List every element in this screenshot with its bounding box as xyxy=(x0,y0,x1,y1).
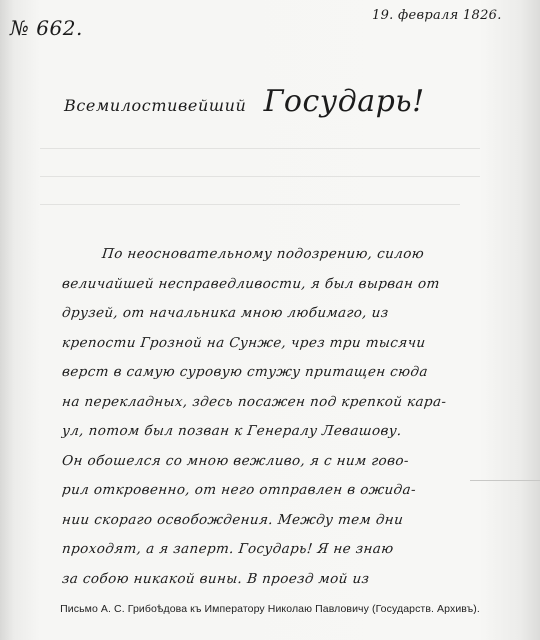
letter-line: величайшей несправедливости, я был вырва… xyxy=(60,270,533,300)
salutation-address: Государь! xyxy=(264,84,425,119)
scanned-letter-page: № 662. 19. февраля 1826. Всемилостивейши… xyxy=(0,0,540,640)
letter-line: рил откровенно, от него отправлен в ожид… xyxy=(60,476,533,506)
salutation-prefix: Всемилостивейший xyxy=(64,96,246,115)
bleed-through-line xyxy=(40,176,480,177)
letter-line: за собою никакой вины. В проезд мой из xyxy=(60,565,533,595)
letter-line: проходят, а я заперт. Государь! Я не зна… xyxy=(60,535,533,565)
letter-line: нии скораго освобождения. Между тем дни xyxy=(60,506,533,536)
letter-body: По неосновательному подозрению, силою ве… xyxy=(62,240,532,594)
letter-line: Он обошелся со мною вежливо, я с ним гов… xyxy=(60,447,533,477)
salutation: Всемилостивейший Государь! xyxy=(64,84,425,119)
letter-line: По неосновательному подозрению, силою xyxy=(60,240,533,270)
letter-line: верст в самую суровую стужу притащен сюд… xyxy=(60,358,533,388)
letter-line: друзей, от начальника мною любимаго, из xyxy=(60,299,533,329)
letter-date: 19. февраля 1826. xyxy=(372,8,502,23)
bleed-through-line xyxy=(40,204,460,205)
archive-caption: Письмо А. С. Грибоѣдова къ Императору Ни… xyxy=(0,603,540,615)
letter-line: ул, потом был позван к Генералу Левашову… xyxy=(60,417,533,447)
document-number: № 662. xyxy=(10,16,83,40)
letter-line: на перекладных, здесь посажен под крепко… xyxy=(60,388,533,418)
bleed-through-line xyxy=(40,148,480,149)
letter-line: крепости Грозной на Сунже, чрез три тыся… xyxy=(60,329,533,359)
